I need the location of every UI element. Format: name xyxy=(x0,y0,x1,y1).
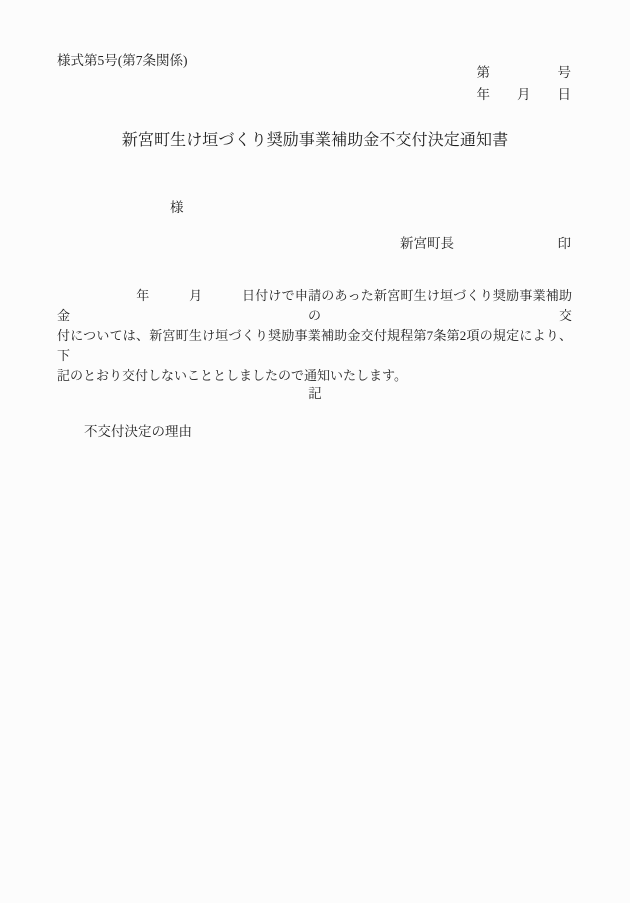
body-paragraph: 年 月 日付けで申請のあった新宮町生け垣づくり奨励事業補助金の交 付については、… xyxy=(57,286,572,386)
sender-title: 新宮町長 xyxy=(400,232,454,252)
addressee-suffix: 様 xyxy=(170,196,184,216)
doc-number-line: 第 号 xyxy=(477,62,572,84)
document-page: 様式第5号(第7条関係) 第 号 年 月 日 新宮町生け垣づくり奨励事業補助金不… xyxy=(0,0,630,903)
date-line: 年 月 日 xyxy=(477,84,572,106)
record-marker: 記 xyxy=(0,382,630,402)
header-number-date-block: 第 号 年 月 日 xyxy=(477,62,572,106)
document-title: 新宮町生け垣づくり奨励事業補助金不交付決定通知書 xyxy=(0,127,630,150)
seal-placeholder: 印 xyxy=(558,232,572,252)
body-line: 年 月 日付けで申請のあった新宮町生け垣づくり奨励事業補助金の交 xyxy=(57,286,572,326)
body-line: 付については、新宮町生け垣づくり奨励事業補助金交付規程第7条第2項の規定により、… xyxy=(57,326,572,366)
sender-line: 新宮町長 印 xyxy=(400,232,571,252)
reason-label: 不交付決定の理由 xyxy=(84,420,192,440)
form-number-label: 様式第5号(第7条関係) xyxy=(57,49,188,69)
